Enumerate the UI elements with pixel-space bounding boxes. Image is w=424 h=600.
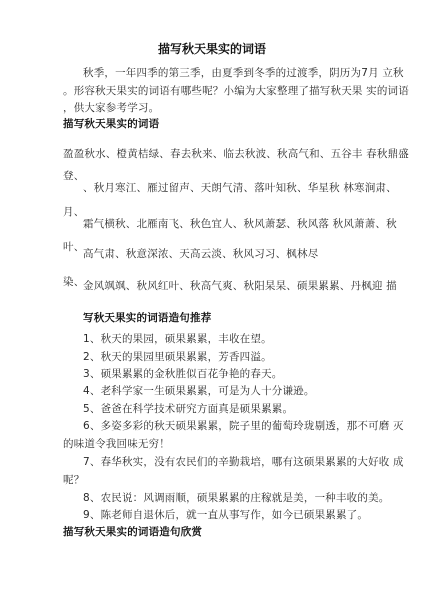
sentence-item: 8、农民说：风调雨顺，硕果累累的庄稼就是美，一种丰收的美。 [83,492,389,505]
intro-line-1: 秋季，一年四季的第三季，由夏季到冬季的过渡季，阴历为7月 立秋 [83,67,404,80]
intro-line-2: 。形容秋天果实的词语有哪些呢？小编为大家整理了描写秋天果 实的词语 [63,85,409,98]
sentence-item: 呢？ [63,474,84,487]
sentence-item: 的味道令我回味无穷！ [63,438,170,451]
section-heading-words: 描写秋天果实的词语 [63,118,159,131]
words-line: 月、 [63,206,84,219]
sentence-item: 2、秋天的果园里硕果累累，芳香四溢。 [83,351,272,364]
words-line: 金风飒飒、秋风红叶、秋高气爽、秋阳杲杲、硕果累累、丹枫迎 描 [83,280,397,293]
section-heading-sentences: 写秋天果实的词语造句推荐 [83,312,211,325]
words-line: 染、 [63,276,84,289]
sentence-item: 7、春华秋实，没有农民们的辛勤栽培，哪有这硕果累累的大好收 成 [83,456,404,469]
words-line: 登、 [63,170,84,183]
words-line: 盈盈秋水、橙黄桔绿、春去秋来、临去秋波、秋高气和、五谷丰 春秋鼎盛 [63,148,409,161]
words-line: 叶、 [63,241,84,254]
section-heading-appreciation: 描写秋天果实的词语造句欣赏 [63,526,202,539]
sentence-item: 3、硕果累累的金秋胜似百花争艳的春天。 [83,368,282,381]
sentence-item: 6、多姿多彩的秋天硕果累累，院子里的葡萄玲珑剔透，那不可磨 灭 [83,420,404,433]
words-line: 霜气横秋、北雁南飞、秋色宜人、秋风萧瑟、秋风落 秋风萧萧、秋 [83,218,397,231]
words-line: 、秋月寒江、雁过留声、天朗气清、落叶知秋、华星秋 林寒涧肃、 [83,182,397,195]
sentence-item: 4、老科学家一生硕果累累，可是为人十分谦逊。 [83,385,315,398]
intro-line-3: ，供大家参考学习。 [63,102,159,115]
sentence-item: 9、陈老师自退休后，就一直从事写作，如今已硕果累累了。 [83,509,368,522]
document-title: 描写秋天果实的词语 [0,40,424,57]
sentence-item: 1、秋天的果园，硕果累累，丰收在望。 [83,333,272,346]
sentence-item: 5、爸爸在科学技术研究方面真是硕果累累。 [83,403,293,416]
words-line: 高气肃、秋意深浓、天高云淡、秋风习习、枫林尽 [83,248,318,261]
